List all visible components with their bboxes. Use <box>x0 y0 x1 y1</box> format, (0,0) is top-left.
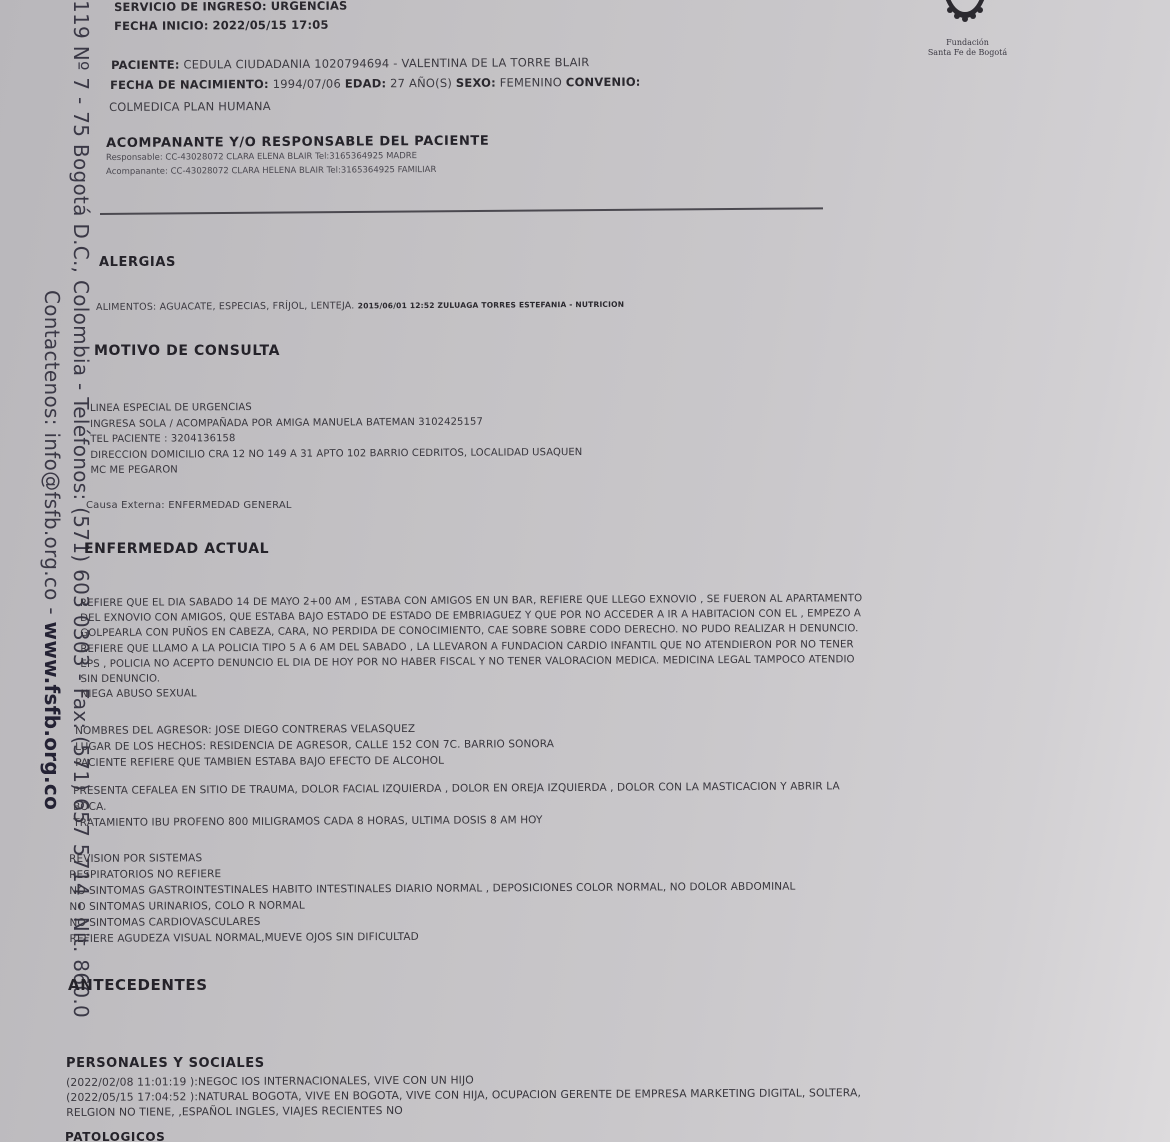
personales-lines: (2022/02/08 11:01:19 ):NEGOC IOS INTERNA… <box>66 1070 861 1120</box>
revision-sistemas: REVISION POR SISTEMAS RESPIRATORIOS NO R… <box>69 847 796 947</box>
contact-strip: 119 Nº 7 - 75 Bogotá D.C., Colombia - Te… <box>0 0 90 1142</box>
contact-line: Contactenos: info@fsfb.org.co - www.fsfb… <box>40 290 64 810</box>
fecha-inicio: FECHA INICIO: 2022/05/15 17:05 <box>114 18 329 33</box>
patient-convenio: COLMEDICA PLAN HUMANA <box>109 99 271 114</box>
foundation-emblem-icon <box>935 0 995 28</box>
enfermedad-title: ENFERMEDAD ACTUAL <box>84 541 269 557</box>
motivo-lines: LINEA ESPECIAL DE URGENCIAS INGRESA SOLA… <box>90 398 583 479</box>
medical-record-page: 119 Nº 7 - 75 Bogotá D.C., Colombia - Te… <box>0 0 1170 1142</box>
servicio-ingreso: SERVICIO DE INGRESO: URGENCIAS <box>114 0 348 14</box>
alergias-text: ALIMENTOS: AGUACATE, ESPECIAS, FRÍJOL, L… <box>96 299 624 313</box>
companion-title: ACOMPANANTE Y/O RESPONSABLE DEL PACIENTE <box>106 134 489 151</box>
website-link: www.fsfb.org.co <box>40 622 64 811</box>
acompanante-line: Acompanante: CC-43028072 CLARA HELENA BL… <box>106 165 436 177</box>
personales-title: PERSONALES Y SOCIALES <box>66 1056 265 1071</box>
patologicos-title: PATOLOGICOS <box>65 1130 165 1142</box>
agresor-info: NOMBRES DEL AGRESOR: JOSE DIEGO CONTRERA… <box>75 720 554 771</box>
sintomas-tratamiento: PRESENTA CEFALEA EN SITIO DE TRAUMA, DOL… <box>73 778 840 831</box>
patient-demographics: FECHA DE NACIMIENTO: 1994/07/06 EDAD: 27… <box>110 75 641 92</box>
contact-email: Contactenos: info@fsfb.org.co - <box>40 290 64 622</box>
causa-externa: Causa Externa: ENFERMEDAD GENERAL <box>86 500 292 511</box>
enfermedad-narrative: REFIERE QUE EL DIA SABADO 14 DE MAYO 2+0… <box>80 591 863 702</box>
antecedentes-title: ANTECEDENTES <box>68 976 208 994</box>
motivo-title: MOTIVO DE CONSULTA <box>94 343 280 359</box>
alergias-title: ALERGIAS <box>99 255 176 270</box>
fsfb-logo: Fundación Santa Fe de Bogotá <box>905 0 1030 70</box>
patient-id: PACIENTE: CEDULA CIUDADANIA 1020794694 -… <box>111 55 589 72</box>
logo-text: Fundación Santa Fe de Bogotá <box>905 38 1030 58</box>
responsable-line: Responsable: CC-43028072 CLARA ELENA BLA… <box>106 151 417 163</box>
section-divider <box>100 207 823 215</box>
